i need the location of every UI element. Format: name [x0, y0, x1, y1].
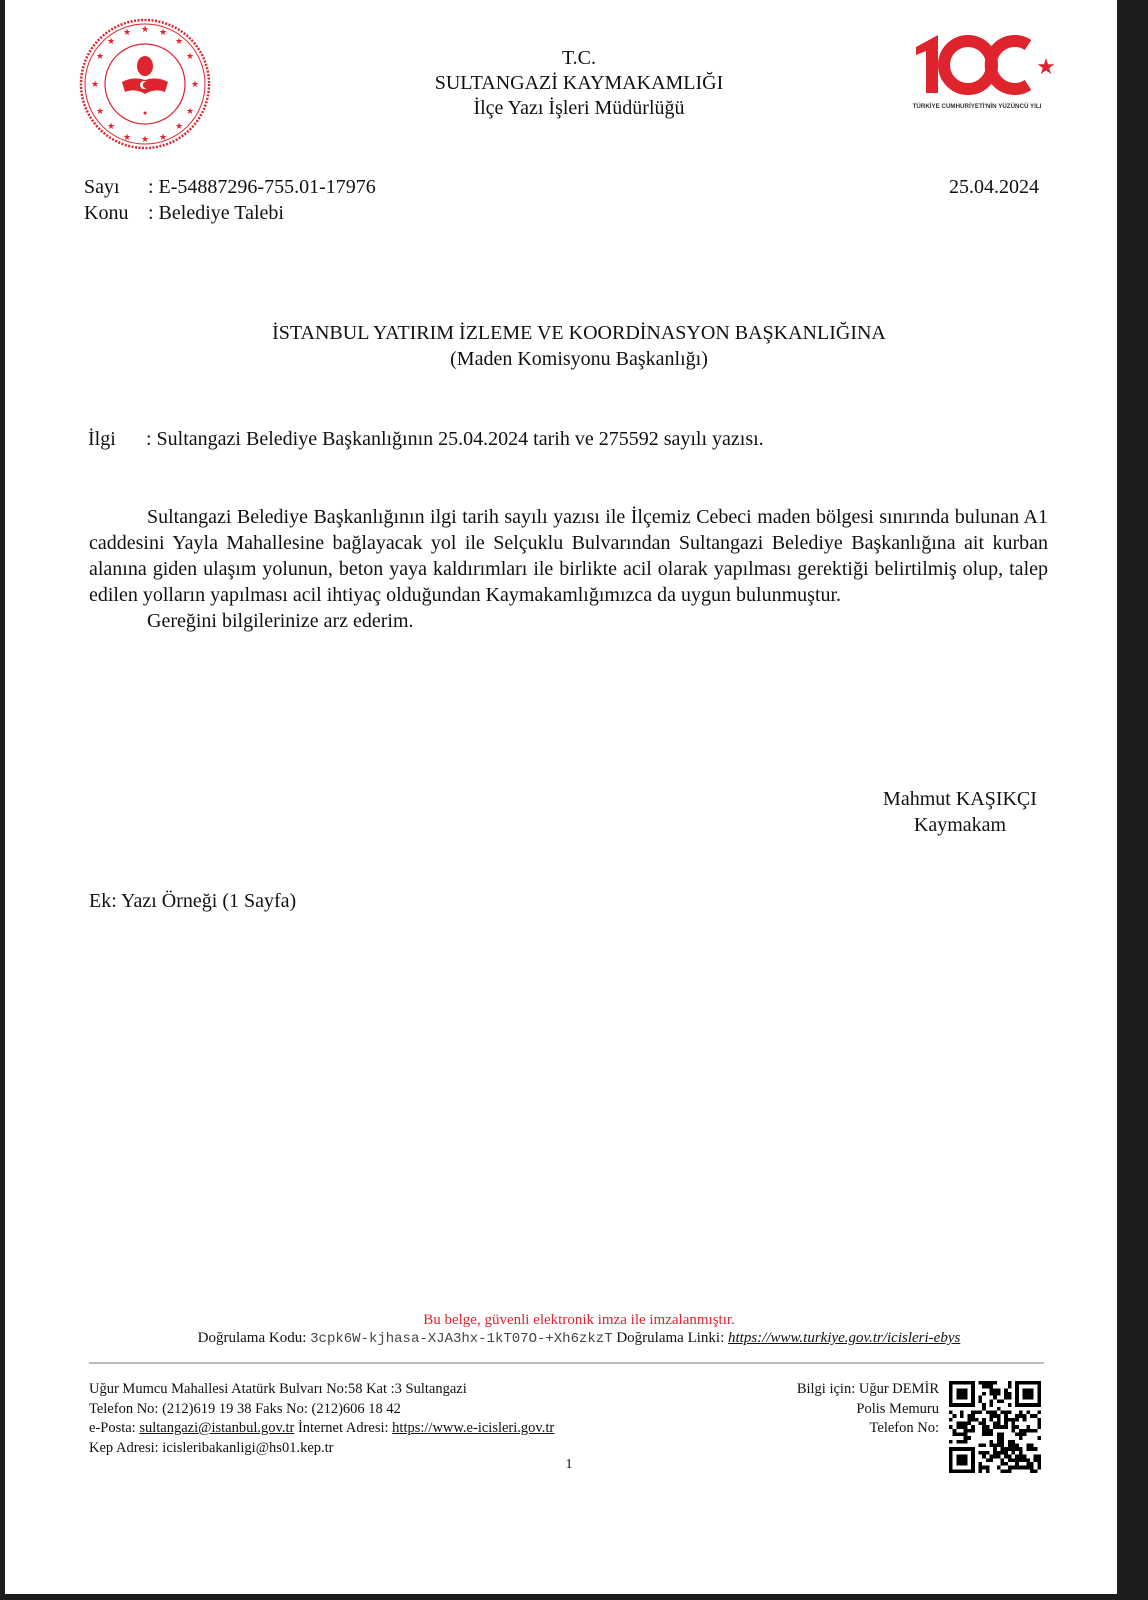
document-page: ★★★ ★★ ★★ ★★ ★★ ★★ ★★★ ★ TÜRKİYE CUMHURİ… [5, 0, 1117, 1594]
kep-line: Kep Adresi: icisleribakanligi@hs01.kep.t… [89, 1439, 554, 1459]
issuer-header: T.C. SULTANGAZİ KAYMAKAMLIĞI İlçe Yazı İ… [5, 46, 1148, 121]
verify-code-label: Doğrulama Kodu: [198, 1330, 307, 1346]
addressee-line-2: (Maden Komisyonu Başkanlığı) [5, 346, 1148, 372]
internet-label: İnternet Adresi: [298, 1420, 389, 1436]
addressee-line-1: İSTANBUL YATIRIM İZLEME VE KOORDİNASYON … [5, 320, 1148, 346]
svg-text:★: ★ [159, 132, 167, 142]
konu-label: Konu [84, 200, 148, 226]
info-contact: Bilgi için: Uğur DEMİR [725, 1380, 939, 1400]
phone-fax-line: Telefon No: (212)619 19 38 Faks No: (212… [89, 1400, 554, 1420]
signatory-title: Kaymakam [870, 812, 1050, 838]
svg-text:★: ★ [159, 27, 167, 37]
contact-address-block: Uğur Mumcu Mahallesi Atatürk Bulvarı No:… [89, 1380, 554, 1458]
document-date: 25.04.2024 [949, 176, 1039, 199]
info-phone: Telefon No: [725, 1419, 939, 1439]
verification-row: Doğrulama Kodu: 3cpk6W-kjhasa-XJA3hx-1kT… [5, 1330, 1148, 1347]
svg-text:★: ★ [141, 24, 149, 34]
addressee: İSTANBUL YATIRIM İZLEME VE KOORDİNASYON … [5, 320, 1148, 372]
reference-label: İlgi [88, 426, 146, 452]
konu-value: : Belediye Talebi [148, 202, 284, 224]
svg-text:★: ★ [123, 27, 131, 37]
verify-link-label: Doğrulama Linki: [616, 1330, 724, 1346]
svg-text:★: ★ [175, 36, 183, 46]
svg-text:★: ★ [107, 121, 115, 131]
svg-text:★: ★ [107, 36, 115, 46]
reference-row: İlgi: Sultangazi Belediye Başkanlığının … [88, 426, 764, 452]
svg-text:★: ★ [141, 134, 149, 144]
email-link[interactable]: sultangazi@istanbul.gov.tr [139, 1420, 294, 1436]
verify-link[interactable]: https://www.turkiye.gov.tr/icisleri-ebys [728, 1330, 960, 1346]
email-internet-line: e-Posta: sultangazi@istanbul.gov.tr İnte… [89, 1419, 554, 1439]
signatory-name: Mahmut KAŞIKÇI [870, 786, 1050, 812]
esignature-notice: Bu belge, güvenli elektronik imza ile im… [5, 1312, 1148, 1329]
header-directorate: İlçe Yazı İşleri Müdürlüğü [5, 96, 1148, 121]
body-paragraph: Sultangazi Belediye Başkanlığının ilgi t… [89, 504, 1048, 608]
svg-text:★: ★ [123, 132, 131, 142]
header-tc: T.C. [5, 46, 1148, 71]
konu-row: Konu: Belediye Talebi [84, 200, 284, 226]
sayi-label: Sayı [84, 174, 148, 200]
letter-body: Sultangazi Belediye Başkanlığının ilgi t… [89, 504, 1048, 634]
address-line: Uğur Mumcu Mahallesi Atatürk Bulvarı No:… [89, 1380, 554, 1400]
verify-code: 3cpk6W-kjhasa-XJA3hx-1kT07O-+Xh6zkzT [310, 1331, 612, 1347]
closing-line: Gereğini bilgilerinize arz ederim. [89, 608, 1048, 634]
svg-text:★: ★ [175, 121, 183, 131]
page-number: 1 [5, 1457, 1133, 1473]
reference-value: : Sultangazi Belediye Başkanlığının 25.0… [146, 428, 764, 450]
sayi-row: Sayı: E-54887296-755.01-17976 [84, 174, 376, 200]
footer-divider [89, 1362, 1044, 1364]
internet-link[interactable]: https://www.e-icisleri.gov.tr [392, 1420, 554, 1436]
info-contact-block: Bilgi için: Uğur DEMİR Polis Memuru Tele… [725, 1380, 939, 1439]
signature-block: Mahmut KAŞIKÇI Kaymakam [870, 786, 1050, 838]
attachment-note: Ek: Yazı Örneği (1 Sayfa) [89, 890, 296, 913]
sayi-value: : E-54887296-755.01-17976 [148, 176, 376, 198]
header-district-governorship: SULTANGAZİ KAYMAKAMLIĞI [5, 71, 1148, 96]
info-role: Polis Memuru [725, 1400, 939, 1420]
email-label: e-Posta: [89, 1420, 136, 1436]
